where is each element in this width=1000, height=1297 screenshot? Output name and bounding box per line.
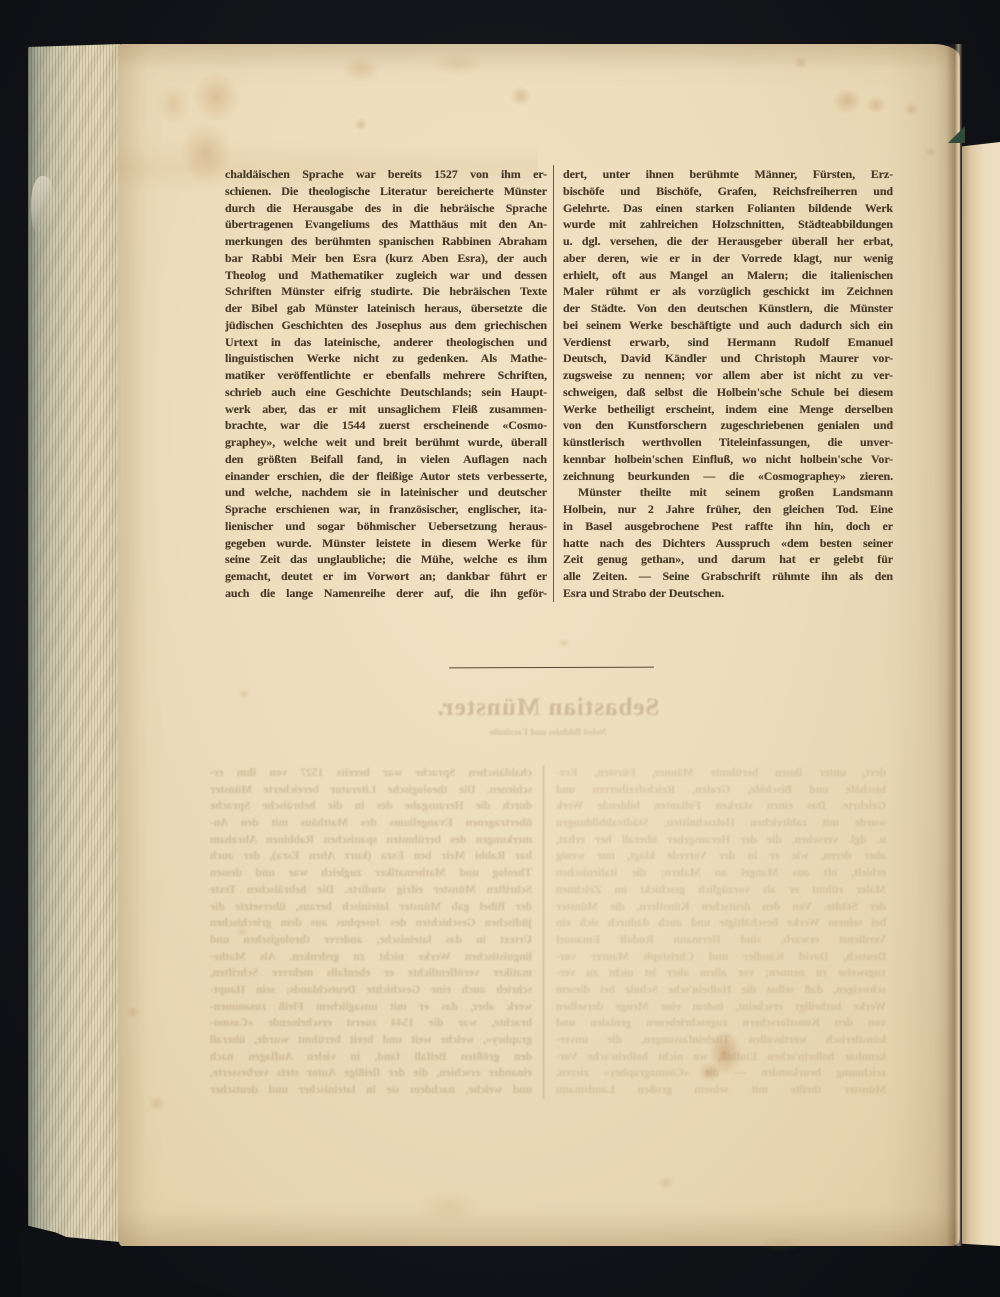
text-line: erhielt, oft aus Mangel an Malern; die i… <box>556 865 886 882</box>
showthrough-column: dert, unter ihnen berühmte Männer, Fürst… <box>556 765 886 1099</box>
text-line: u. dgl. versehen, die der Herausgeber üb… <box>556 832 886 849</box>
foxing-stain <box>156 84 190 124</box>
showthrough-layer: Sebastian Münster. Nebst Bildniss und Fa… <box>210 694 886 1099</box>
text-line: übertragenen Evangeliums des Matthäus mi… <box>225 216 547 233</box>
text-line: kennbar holbein'schen Einfluß, wo nicht … <box>563 451 893 468</box>
text-line: aber deren, wie er in der Vorrede klagt,… <box>563 250 893 267</box>
text-line: Holbein, nur 2 Jahre früher, den gleiche… <box>563 501 893 518</box>
text-line: bar Rabbi Meir ben Esra (kurz Aben Esra)… <box>210 848 532 865</box>
text-line: alle Zeiten. — Seine Grabschrift rühmte … <box>563 568 893 585</box>
text-line: zugsweise zu nennen; vor allem aber ist … <box>563 367 893 384</box>
text-line: Verdienst erwarb, sind Hermann Rudolf Em… <box>556 932 886 949</box>
text-line: Werke betheiligt erscheint, indem eine M… <box>563 401 893 418</box>
showthrough-columns: dert, unter ihnen berühmte Männer, Fürst… <box>210 765 886 1099</box>
text-line: übertragenen Evangeliums des Matthäus mi… <box>210 815 532 832</box>
text-line: brachte, war die 1544 zuerst erscheinend… <box>225 417 547 434</box>
foxing-stain <box>794 56 808 69</box>
text-line: künstlerisch werthvollen Titeleinfassung… <box>563 434 893 451</box>
showthrough-heading: Sebastian Münster. <box>210 694 886 722</box>
text-line: schrieb auch eine Geschichte Deutschland… <box>210 982 532 999</box>
text-line: chaldäischen Sprache war bereits 1527 vo… <box>210 765 532 782</box>
text-line: bar Rabbi Meir ben Esra (kurz Aben Esra)… <box>225 250 547 267</box>
text-line: durch die Herausgabe des in die hebräisc… <box>210 798 532 815</box>
text-line: zeichnung beurkunden — die «Cosmographey… <box>563 468 893 485</box>
text-line: seine Zeit das unglaubliche; die Mühe, w… <box>225 551 547 568</box>
book-page: Sebastian Münster. Nebst Bildniss und Fa… <box>118 44 960 1246</box>
text-line: den größten Beifall fand, in vielen Aufl… <box>225 451 547 468</box>
text-line: einander erschien, die der fleißige Auto… <box>210 1065 532 1082</box>
text-line: jüdischen Geschichten des Josephus aus d… <box>210 915 532 932</box>
text-line: gemacht, deutet er im Vorwort an; dankba… <box>225 568 547 585</box>
text-line: merkungen des berühmten spanischen Rabbi… <box>210 832 532 849</box>
foxing-stain <box>510 86 532 106</box>
text-line: der Städte. Von den deutschen Künstlern,… <box>563 300 893 317</box>
foxing-stain <box>832 88 862 114</box>
text-line: wurde mit zahlreichen Holzschnitten, Stä… <box>556 815 886 832</box>
text-line: einander erschien, die der fleißige Auto… <box>225 468 547 485</box>
text-line: linguistischen Werke nicht zu gedenken. … <box>210 949 532 966</box>
text-line: Werke betheiligt erscheint, indem eine M… <box>556 999 886 1016</box>
foxing-stain <box>342 56 380 82</box>
text-line: wurde mit zahlreichen Holzschnitten, Stä… <box>563 216 893 233</box>
text-line: gegeben wurde. Münster leistete in diese… <box>225 535 547 552</box>
text-line: chaldäischen Sprache war bereits 1527 vo… <box>225 166 547 183</box>
text-line: Sprache erschienen war, in französischer… <box>225 501 547 518</box>
text-line: durch die Herausgabe des in die hebräisc… <box>225 200 547 217</box>
text-line: Gelehrte. Das einen starken Folianten bi… <box>563 200 893 217</box>
text-line: aber deren, wie er in der Vorrede klagt,… <box>556 848 886 865</box>
text-line: Verdienst erwarb, sind Hermann Rudolf Em… <box>563 334 893 351</box>
text-line: schienen. Die theologische Literatur ber… <box>225 183 547 200</box>
text-line: werk aber, das er mit unsaglichem Fleiß … <box>210 999 532 1016</box>
text-line: künstlerisch werthvollen Titeleinfassung… <box>556 1032 886 1049</box>
showthrough-subtitle: Nebst Bildniss und Facsimile <box>210 727 886 739</box>
text-line: jüdischen Geschichten des Josephus aus d… <box>225 317 547 334</box>
text-line: graphey», welche weit und breit berühmt … <box>210 1032 532 1049</box>
text-line: und welche, nachdem sie in lateinischer … <box>210 1082 532 1099</box>
text-line: Deutsch, David Kändler und Christoph Mau… <box>563 350 893 367</box>
adjacent-page-edge <box>962 142 1000 1246</box>
text-column-right: dert, unter ihnen berühmte Männer, Fürst… <box>563 166 893 602</box>
foxing-stain <box>904 102 919 116</box>
showthrough-column-rule <box>544 765 545 1099</box>
text-line: matiker veröffentlichte er ebenfalls meh… <box>210 965 532 982</box>
column-divider-rule <box>553 165 554 602</box>
foxing-stain <box>758 1236 804 1252</box>
text-line: Zeit genug gethan», und darum hat er gel… <box>563 551 893 568</box>
text-line: bei seinem Werke beschäftigte und auch d… <box>563 317 893 334</box>
text-line: zeichnung beurkunden — die «Cosmographey… <box>556 1065 886 1082</box>
text-line: schrieb auch eine Geschichte Deutschland… <box>225 384 547 401</box>
foxing-stain <box>148 1096 166 1111</box>
text-line: der Bibel gab Münster lateinisch heraus,… <box>225 300 547 317</box>
text-line: Gelehrte. Das einen starken Folianten bi… <box>556 798 886 815</box>
foxing-stain <box>416 1190 482 1224</box>
text-line: werk aber, das er mit unsaglichem Fleiß … <box>225 401 547 418</box>
text-line: matiker veröffentlichte er ebenfalls meh… <box>225 367 547 384</box>
text-line: Urtext in das lateinische, anderer theol… <box>210 932 532 949</box>
text-line: Schriften Münster eifrig studirte. Die h… <box>225 283 547 300</box>
showthrough-column: chaldäischen Sprache war bereits 1527 vo… <box>210 765 532 1099</box>
book-scan: Sebastian Münster. Nebst Bildniss und Fa… <box>0 0 1000 1297</box>
foxing-stain <box>192 72 240 122</box>
foxing-stain <box>432 52 484 76</box>
text-line: Maler rühmt er als vorzüglich geschickt … <box>563 283 893 300</box>
foxing-stain <box>558 638 570 648</box>
foxing-stain <box>354 118 368 131</box>
text-line: schienen. Die theologische Literatur ber… <box>210 782 532 799</box>
text-line: den größten Beifall fand, in vielen Aufl… <box>210 1049 532 1066</box>
cover-edge-highlight <box>31 176 55 238</box>
text-line: kennbar holbein'schen Einfluß, wo nicht … <box>556 1049 886 1066</box>
foxing-stain <box>866 96 886 114</box>
text-line: Theolog und Mathematiker zugleich war un… <box>210 865 532 882</box>
text-line: Maler rühmt er als vorzüglich geschickt … <box>556 882 886 899</box>
text-line: Münster theilte mit seinem großen Landsm… <box>556 1082 886 1099</box>
text-line: Schriften Münster eifrig studirte. Die h… <box>210 882 532 899</box>
text-line: lienischer und sogar böhmischer Ueberset… <box>225 518 547 535</box>
text-line: bischöfe und Bischöfe, Grafen, Reichsfre… <box>563 183 893 200</box>
text-line: und welche, nachdem sie in lateinischer … <box>225 484 547 501</box>
text-line: dert, unter ihnen berühmte Männer, Fürst… <box>563 166 893 183</box>
text-line: erhielt, oft aus Mangel an Malern; die i… <box>563 267 893 284</box>
text-line: bei seinem Werke beschäftigte und auch d… <box>556 915 886 932</box>
text-line: von den Kunstforschern zugeschriebenen g… <box>563 417 893 434</box>
text-line: Münster theilte mit seinem großen Landsm… <box>563 484 893 501</box>
text-line: Theolog und Mathematiker zugleich war un… <box>225 267 547 284</box>
text-line: linguistischen Werke nicht zu gedenken. … <box>225 350 547 367</box>
text-line: schweigen, daß selbst die Holbein'sche S… <box>563 384 893 401</box>
text-line: dert, unter ihnen berühmte Männer, Fürst… <box>556 765 886 782</box>
foxing-stain <box>924 146 938 158</box>
text-line: u. dgl. versehen, die der Herausgeber üb… <box>563 233 893 250</box>
text-column-left: chaldäischen Sprache war bereits 1527 vo… <box>225 166 547 602</box>
text-line: Deutsch, David Kändler und Christoph Mau… <box>556 949 886 966</box>
text-line: merkungen des berühmten spanischen Rabbi… <box>225 233 547 250</box>
text-line: schweigen, daß selbst die Holbein'sche S… <box>556 982 886 999</box>
foxing-stain <box>658 1176 674 1190</box>
text-line: zugsweise zu nennen; vor allem aber ist … <box>556 965 886 982</box>
text-line: Urtext in das lateinische, anderer theol… <box>225 334 547 351</box>
text-line: bischöfe und Bischöfe, Grafen, Reichsfre… <box>556 782 886 799</box>
text-line: in Basel ausgebrochene Pest raffte ihn h… <box>563 518 893 535</box>
text-line: von den Kunstforschern zugeschriebenen g… <box>556 1015 886 1032</box>
text-line: hatte nach des Dichters Ausspruch «dem b… <box>563 535 893 552</box>
foxing-stain <box>126 1006 140 1018</box>
text-line: Esra und Strabo der Deutschen. <box>563 585 893 602</box>
section-divider-rule <box>449 667 654 669</box>
text-line: der Städte. Von den deutschen Künstlern,… <box>556 899 886 916</box>
gutter-fold <box>946 44 962 1246</box>
text-line: brachte, war die 1544 zuerst erscheinend… <box>210 1015 532 1032</box>
text-line: auch die lange Namenreihe derer auf, die… <box>225 585 547 602</box>
text-line: graphey», welche weit und breit berühmt … <box>225 434 547 451</box>
text-line: der Bibel gab Münster lateinisch heraus,… <box>210 899 532 916</box>
